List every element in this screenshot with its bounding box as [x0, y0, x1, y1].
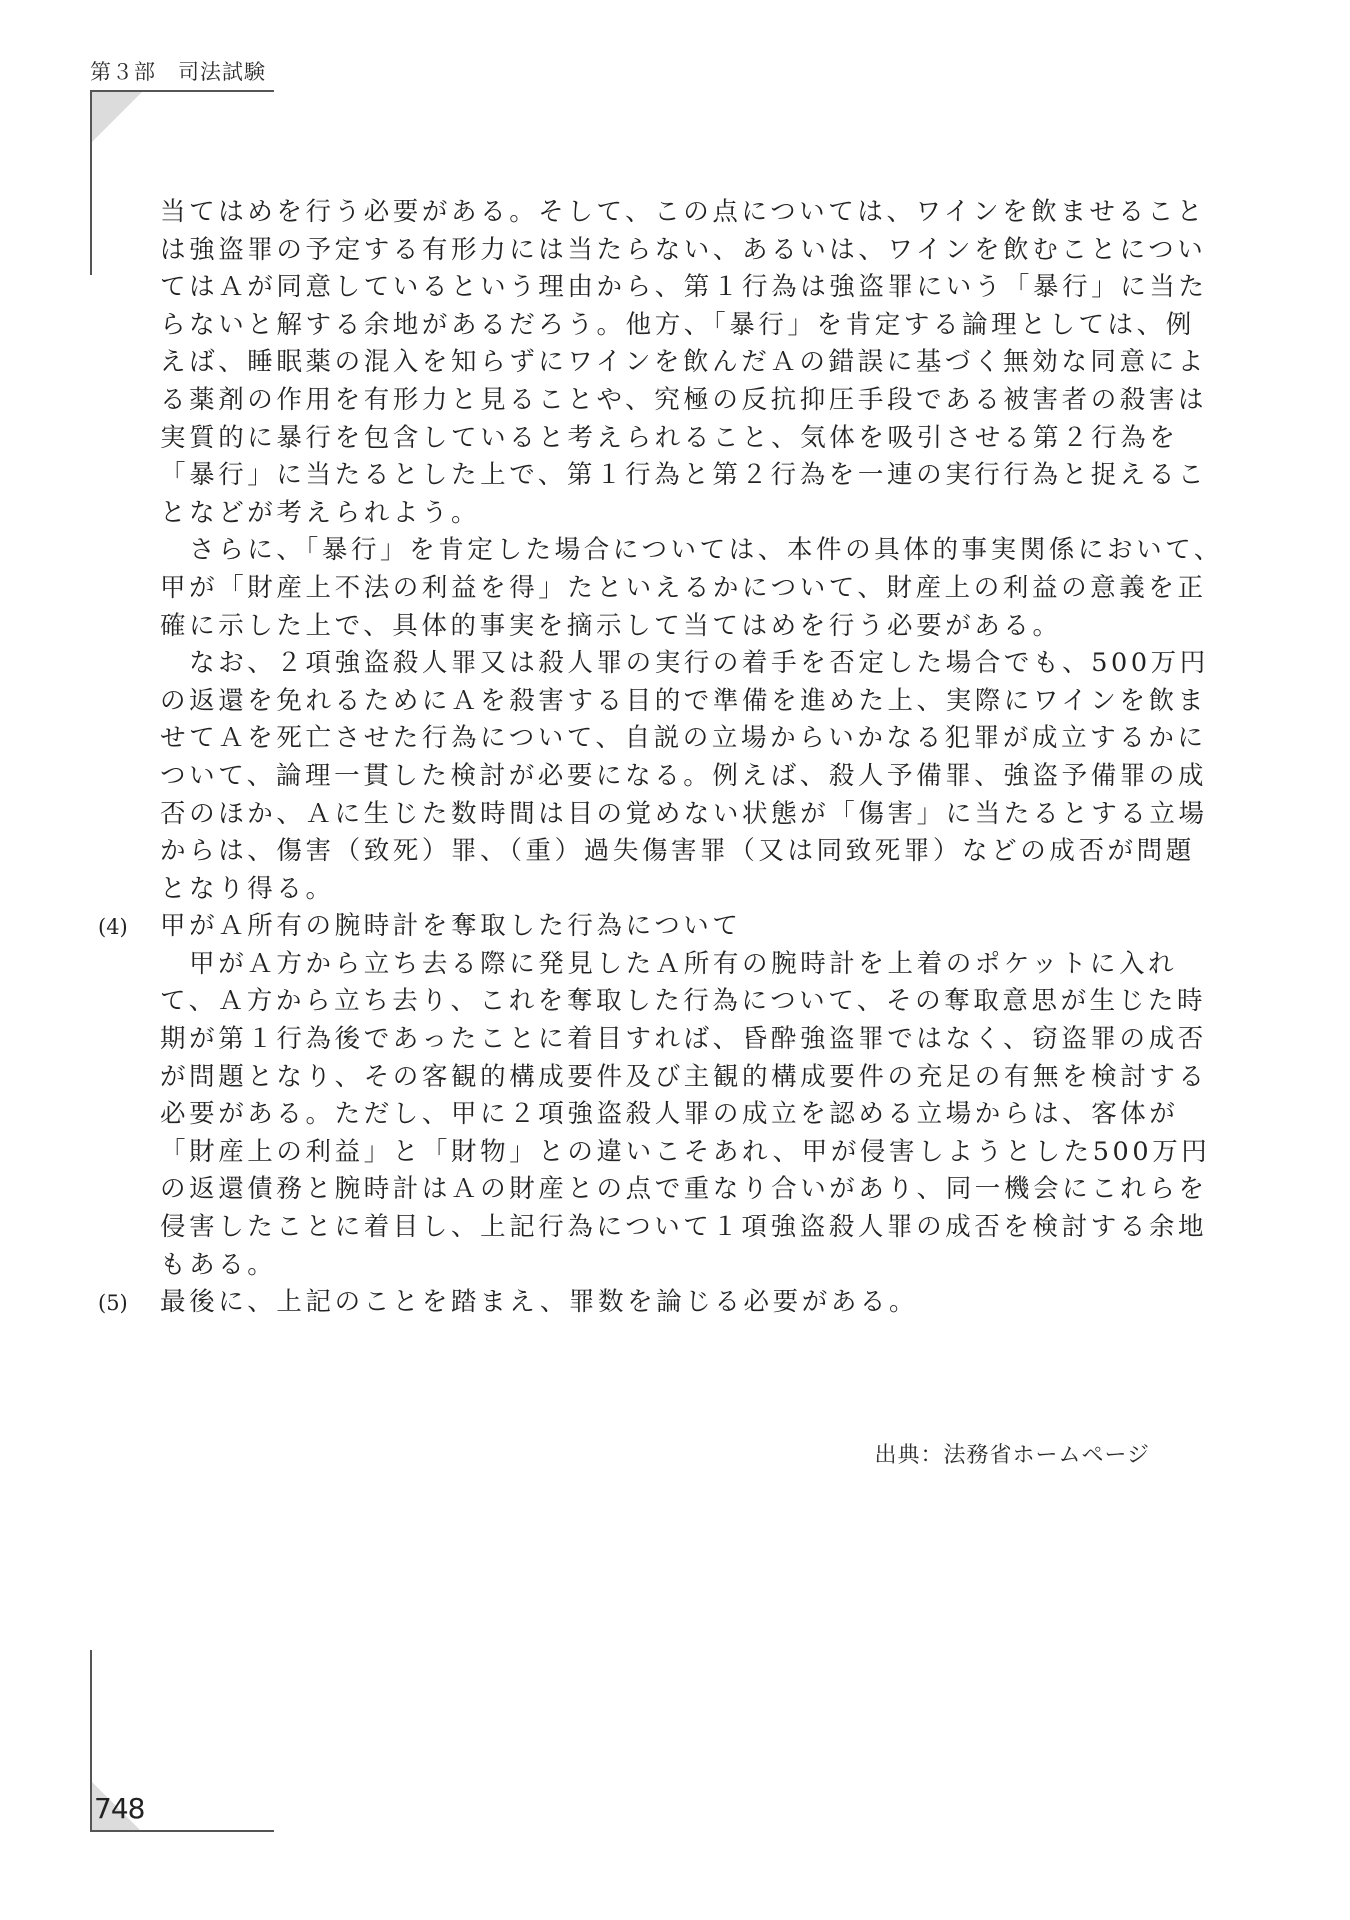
text-line: 否のほか、Ａに生じた数時間は目の覚めない状態が「傷害」に当たるとする立場: [160, 796, 1150, 834]
text-line: 甲が「財産上不法の利益を得」たといえるかについて、財産上の利益の意義を正: [160, 570, 1150, 608]
text-line: 侵害したことに着目し、上記行為について１項強盗殺人罪の成否を検討する余地: [160, 1209, 1150, 1247]
section-heading-4: (4)甲がＡ所有の腕時計を奪取した行為について: [98, 908, 1150, 946]
text-line: さらに、「暴行」を肯定した場合については、本件の具体的事実関係において、: [160, 532, 1150, 570]
text-line: て、Ａ方から立ち去り、これを奪取した行為について、その奪取意思が生じた時: [160, 983, 1150, 1021]
text-line: 実質的に暴行を包含していると考えられること、気体を吸引させる第２行為を: [160, 420, 1150, 458]
text-line: が問題となり、その客観的構成要件及び主観的構成要件の充足の有無を検討する: [160, 1059, 1150, 1097]
text-line: からは、傷害（致死）罪、（重）過失傷害罪（又は同致死罪）などの成否が問題: [160, 833, 1150, 871]
text-line: 甲がＡ方から立ち去る際に発見したＡ所有の腕時計を上着のポケットに入れ: [160, 946, 1150, 984]
text-line: なお、２項強盗殺人罪又は殺人罪の実行の着手を否定した場合でも、500万円: [160, 645, 1150, 683]
running-head: 第３部 司法試験: [90, 56, 266, 86]
source-citation: 出典：法務省ホームページ: [874, 1438, 1150, 1469]
section-heading-text: 最後に、上記のことを踏まえ、罪数を論じる必要がある。: [160, 1287, 918, 1317]
text-line: てはＡが同意しているという理由から、第１行為は強盗罪にいう「暴行」に当た: [160, 269, 1150, 307]
text-line: もある。: [160, 1247, 1150, 1285]
text-line: ついて、論理一貫した検討が必要になる。例えば、殺人予備罪、強盗予備罪の成: [160, 758, 1150, 796]
corner-triangle-top: [92, 92, 142, 142]
text-line: せてＡを死亡させた行為について、自説の立場からいかなる犯罪が成立するかに: [160, 720, 1150, 758]
section-heading-text: 甲がＡ所有の腕時計を奪取した行為について: [160, 911, 742, 941]
text-line: 期が第１行為後であったことに着目すれば、昏酔強盗罪ではなく、窃盗罪の成否: [160, 1021, 1150, 1059]
text-line: となどが考えられよう。: [160, 495, 1150, 533]
text-line: 確に示した上で、具体的事実を摘示して当てはめを行う必要がある。: [160, 608, 1150, 646]
page-number: 748: [94, 1792, 144, 1825]
text-line: の返還債務と腕時計はＡの財産との点で重なり合いがあり、同一機会にこれらを: [160, 1171, 1150, 1209]
text-line: る薬剤の作用を有形力と見ることや、究極の反抗抑圧手段である被害者の殺害は: [160, 382, 1150, 420]
frame-bottom-rule: [90, 1830, 274, 1832]
text-line: らないと解する余地があるだろう。他方、「暴行」を肯定する論理としては、例: [160, 307, 1150, 345]
text-line: 必要がある。ただし、甲に２項強盗殺人罪の成立を認める立場からは、客体が: [160, 1096, 1150, 1134]
item-number: (5): [98, 1285, 160, 1323]
item-number: (4): [98, 909, 160, 947]
text-line: えば、睡眠薬の混入を知らずにワインを飲んだＡの錯誤に基づく無効な同意によ: [160, 344, 1150, 382]
text-line: は強盗罪の予定する有形力には当たらない、あるいは、ワインを飲むことについ: [160, 232, 1150, 270]
text-line: の返還を免れるためにＡを殺害する目的で準備を進めた上、実際にワインを飲ま: [160, 683, 1150, 721]
text-line: 当てはめを行う必要がある。そして、この点については、ワインを飲ませること: [160, 194, 1150, 232]
section-heading-5: (5)最後に、上記のことを踏まえ、罪数を論じる必要がある。: [98, 1284, 1150, 1322]
body-text: 当てはめを行う必要がある。そして、この点については、ワインを飲ませること は強盗…: [160, 194, 1150, 1322]
text-line: となり得る。: [160, 871, 1150, 909]
text-line: 「財産上の利益」と「財物」との違いこそあれ、甲が侵害しようとした500万円: [160, 1134, 1150, 1172]
text-line: 「暴行」に当たるとした上で、第１行為と第２行為を一連の実行行為と捉えるこ: [160, 457, 1150, 495]
